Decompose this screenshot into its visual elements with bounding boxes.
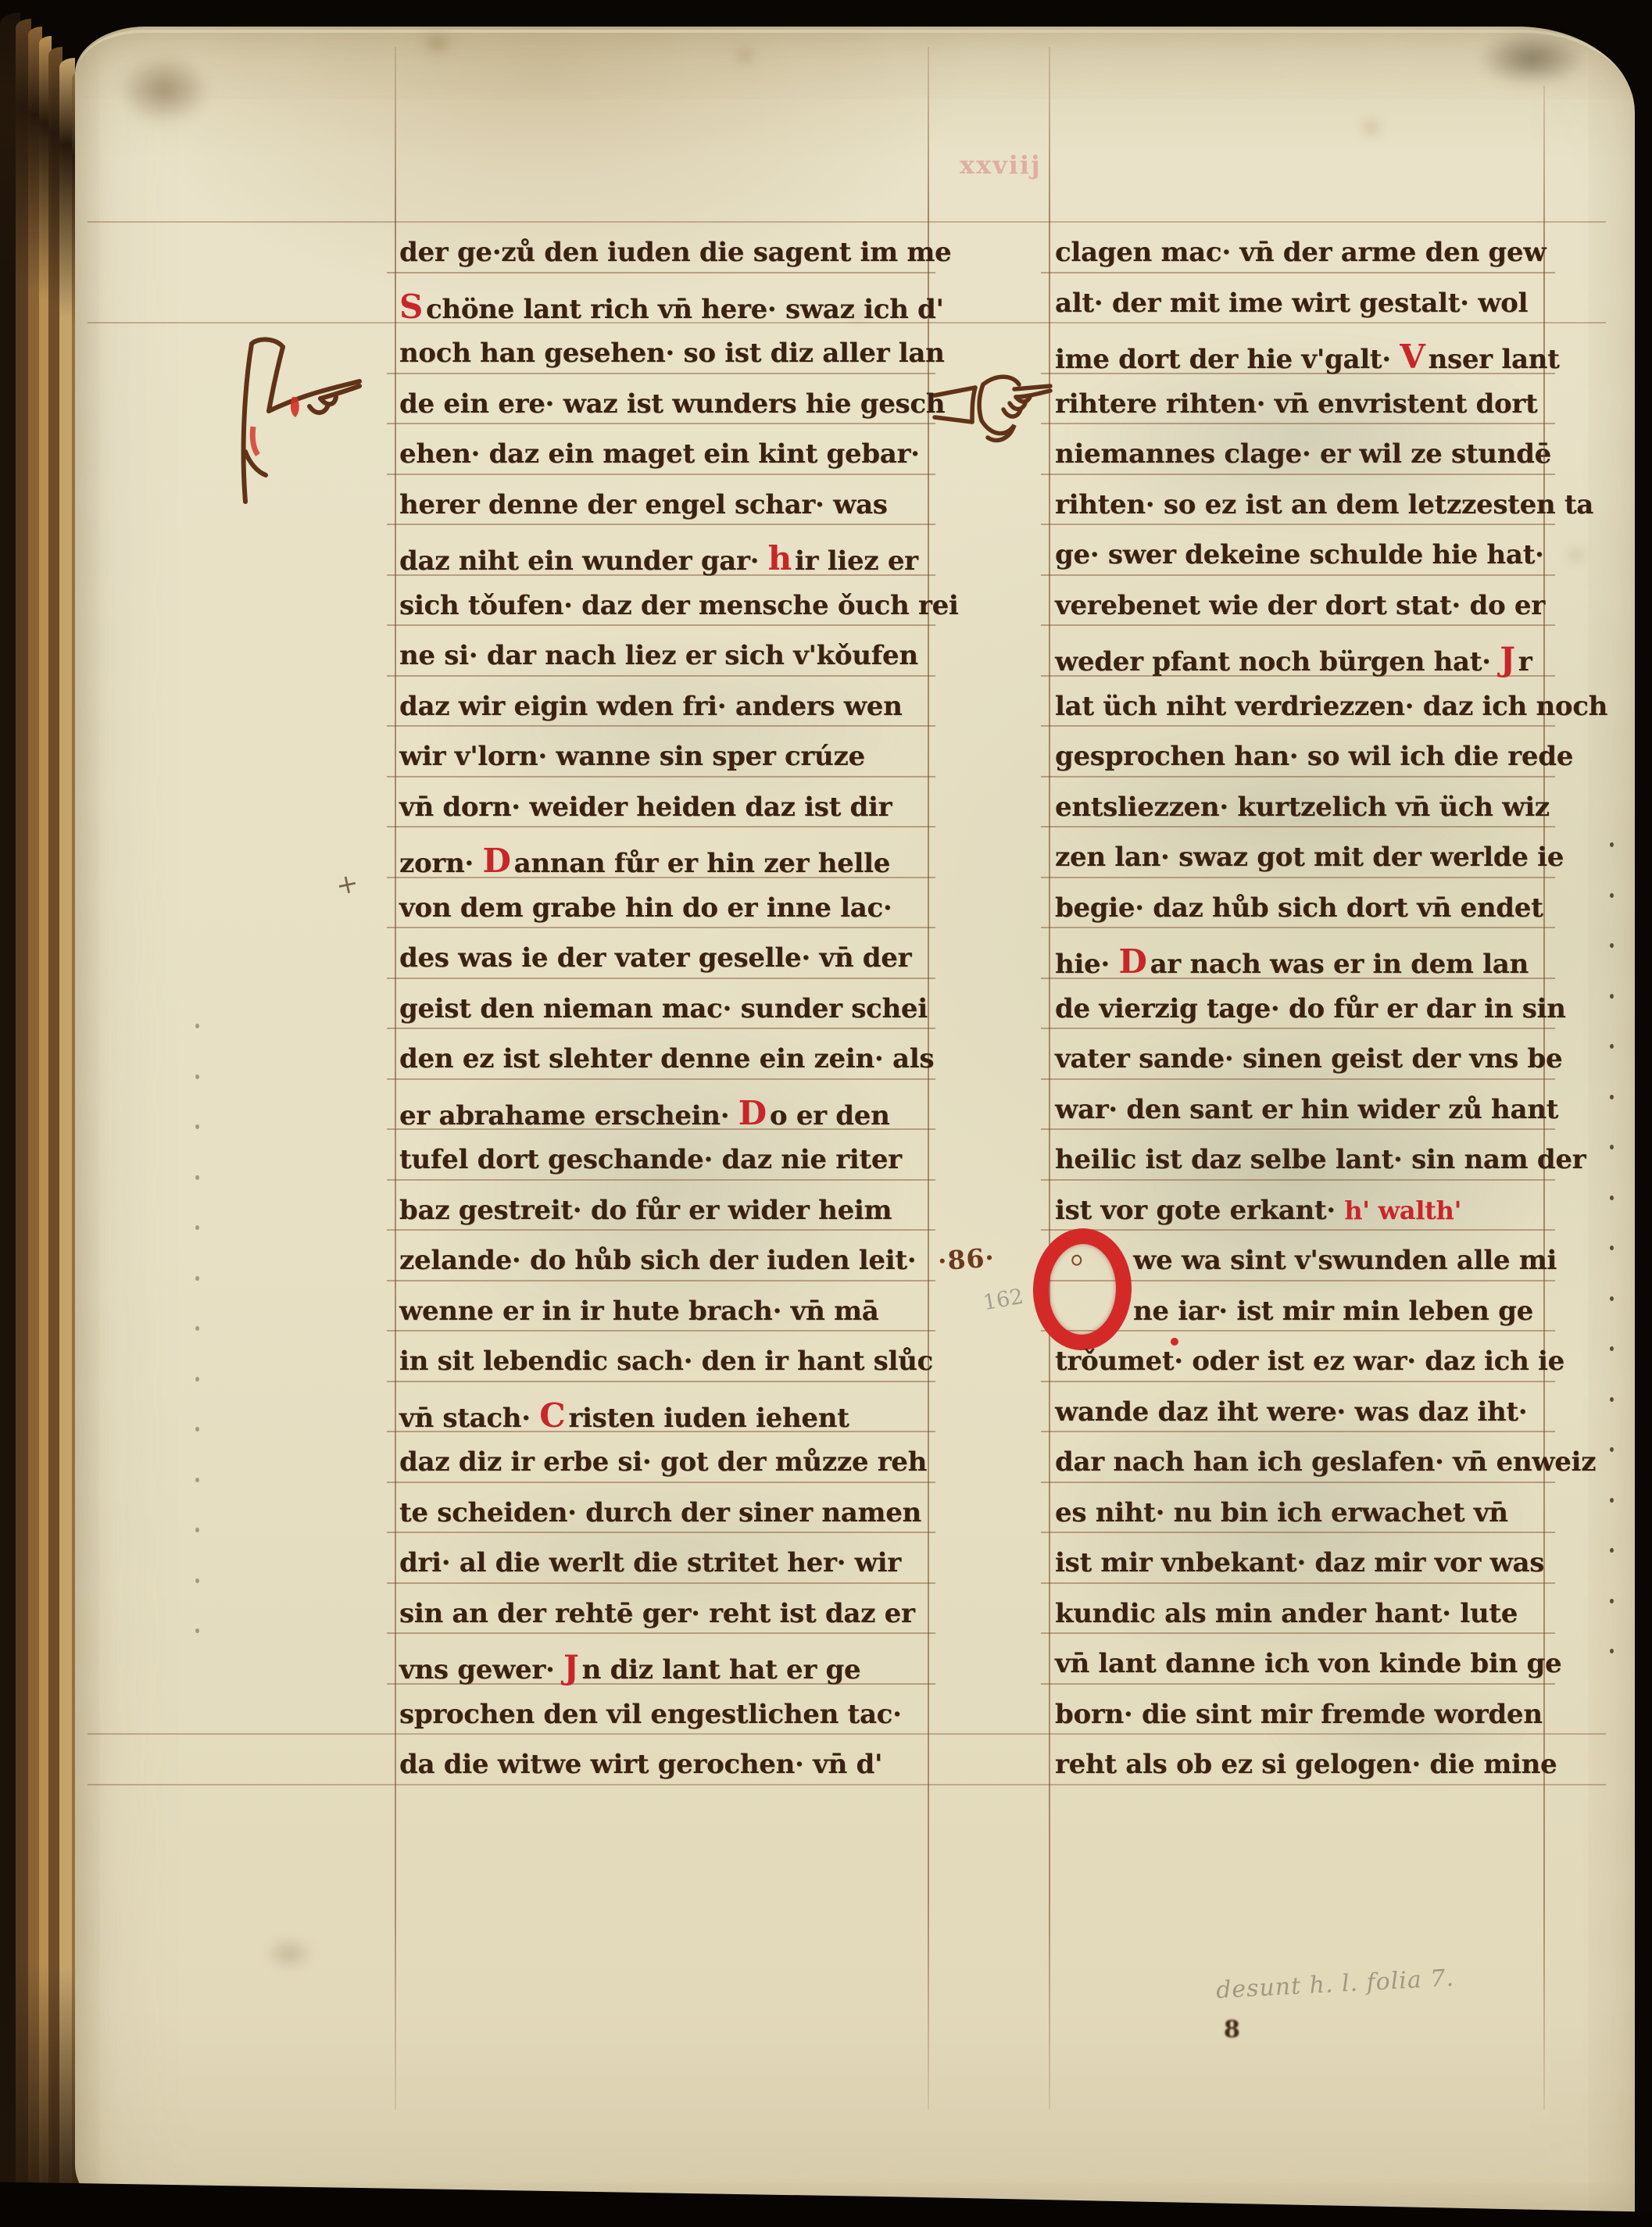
text-segment: de ein ere· waz ist wunders hie gesch [399,388,945,420]
text-line: gesprochen han· so wil ich die rede [1055,741,1573,772]
text-segment: vn̄ dorn· weider heiden daz ist dir [399,792,892,823]
red-initial: V [1400,338,1428,376]
text-line: wande daz iht were· was daz iht· [1055,1396,1527,1428]
text-segment: ehen· daz ein maget ein kint gebar· [399,438,920,470]
text-segment: des was ie der vater geselle· vn̄ der [399,942,911,974]
text-line: geist den nieman mac· sunder schei [399,993,928,1024]
horizontal-rule [387,1381,935,1382]
horizontal-rule [1041,423,1555,424]
horizontal-rule [1041,1078,1555,1080]
horizontal-rule [387,423,935,424]
ink-blot: 8 [1224,2016,1240,2043]
prick-mark [1610,1397,1614,1402]
text-line: von dem grabe hin do er inne lac· [399,892,892,924]
prick-mark [1610,893,1614,898]
horizontal-rule [387,1632,935,1634]
stain [266,1938,313,1969]
text-segment: wenne er in ir hute brach· vn̄ mā [399,1296,878,1327]
text-segment: dri· al die werlt die stritet her· wir [399,1547,901,1578]
red-initial: J [563,1648,582,1686]
text-line: born· die sint mir fremde worden [1055,1699,1543,1730]
text-line: dar nach han ich geslafen· vn̄ enweiz [1055,1446,1596,1478]
stain [117,55,211,125]
text-line: vn̄ lant danne ich von kinde bin ge [1055,1648,1561,1679]
horizontal-rule [88,1784,1606,1786]
horizontal-rule [387,675,935,677]
text-line: verebenet wie der dort stat· do er [1055,590,1545,621]
horizontal-rule [1041,826,1555,828]
text-line: kundic als min ander hant· lute [1055,1598,1518,1629]
horizontal-rule [1041,1482,1555,1483]
text-line: begie· daz hůb sich dort vn̄ endet [1055,892,1543,924]
text-segment: baz gestreit· do fůr er wider heim [399,1195,892,1226]
text-segment: da die witwe wirt gerochen· vn̄ d' [399,1749,882,1780]
horizontal-rule [1041,624,1555,626]
text-segment: vn̄ stach· [399,1403,539,1434]
stain [735,47,755,64]
text-segment: entsliezzen· kurtzelich vn̄ üch wiz [1055,792,1550,823]
prick-mark [1610,842,1614,847]
initial-O-dot [1171,1338,1178,1346]
horizontal-rule [387,826,935,828]
text-segment: vater sande· sinen geist der vns be [1055,1043,1562,1074]
text-segment: ir liez er [795,545,918,577]
rubric-attribution: h' walth' [1344,1196,1461,1225]
text-segment: ar nach was er in dem lan [1150,949,1529,980]
horizontal-rule [387,776,935,777]
text-line: trǒumet· oder ist ez war· daz ich ie [1055,1346,1564,1377]
prick-mark [195,1276,199,1281]
horizontal-rule [1041,1381,1555,1382]
prick-mark [195,1628,199,1633]
text-line: ne iar· ist mir min leben ge [1133,1296,1533,1327]
text-line: wir v'lorn· wanne sin sper crúze [399,741,865,772]
prick-mark [1610,1447,1614,1452]
prick-mark [195,1377,199,1382]
text-segment: herer denne der engel schar· was [399,489,888,520]
text-segment: von dem grabe hin do er inne lac· [399,892,892,924]
text-line: da die witwe wirt gerochen· vn̄ d' [399,1749,882,1780]
text-segment: n diz lant hat er ge [582,1654,861,1685]
text-segment: o er den [770,1100,890,1131]
prick-mark [1610,1095,1614,1099]
text-segment: tufel dort geschande· daz nie riter [399,1144,902,1175]
folio-number: ·86· [937,1242,996,1277]
prick-mark [195,1225,199,1230]
text-line: clagen mac· vn̄ der arme den gew [1055,237,1546,268]
text-segment: ne si· dar nach liez er sich v'kǒufen [399,640,918,671]
horizontal-rule [1041,1683,1555,1685]
text-line: ne si· dar nach liez er sich v'kǒufen [399,640,918,671]
prick-mark [195,1427,199,1432]
horizontal-rule [387,1028,935,1029]
text-segment: r [1518,646,1532,677]
text-segment: chöne lant rich vn̄ here· swaz ich d' [426,294,944,325]
text-line: des was ie der vater geselle· vn̄ der [399,942,911,974]
text-segment: kundic als min ander hant· lute [1055,1598,1518,1629]
text-line: weder pfant noch bürgen hat· Jr [1055,640,1532,678]
text-line: sin an der rehtē ger· reht ist daz er [399,1598,915,1629]
text-segment: daz diz ir erbe si· got der můzze reh [399,1446,927,1478]
horizontal-rule [1041,1128,1555,1130]
text-line: reht als ob ez si gelogen· die mine [1055,1749,1557,1780]
text-line: entsliezzen· kurtzelich vn̄ üch wiz [1055,792,1550,823]
text-line: we wa sint v'swunden alle mi [1133,1245,1557,1276]
text-line: dri· al die werlt die stritet her· wir [399,1547,901,1578]
text-segment: we wa sint v'swunden alle mi [1133,1245,1557,1276]
text-line: daz wir eigin wden fri· anders wen [399,691,903,722]
text-segment: daz niht ein wunder gar· [399,545,768,577]
text-line: hie· Dar nach was er in dem lan [1055,942,1529,981]
horizontal-rule [387,1582,935,1584]
text-line: zorn· Dannan fůr er hin zer helle [399,842,890,880]
prick-mark [1610,1599,1614,1603]
horizontal-rule [1041,1632,1555,1634]
prick-mark [195,1478,199,1482]
text-segment: zelande· do hůb sich der iuden leit· [399,1245,916,1276]
text-segment: gesprochen han· so wil ich die rede [1055,741,1573,772]
horizontal-rule [1041,1431,1555,1432]
text-segment: dar nach han ich geslafen· vn̄ enweiz [1055,1446,1596,1478]
text-line: daz niht ein wunder gar· hir liez er [399,539,918,577]
text-line: zen lan· swaz got mit der werlde ie [1055,842,1564,873]
prick-mark [1610,1296,1614,1301]
text-line: in sit lebendic sach· den ir hant slůc [399,1346,933,1377]
text-line: wenne er in ir hute brach· vn̄ mā [399,1296,878,1327]
prick-mark [195,1528,199,1532]
text-segment: heilic ist daz selbe lant· sin nam der [1055,1144,1586,1175]
stain [1477,31,1586,86]
text-line: ist mir vnbekant· daz mir vor was [1055,1547,1544,1578]
text-line: baz gestreit· do fůr er wider heim [399,1195,892,1226]
horizontal-rule [1041,574,1555,576]
text-line: vn̄ dorn· weider heiden daz ist dir [399,792,892,823]
horizontal-rule [1041,1532,1555,1533]
text-segment: ne iar· ist mir min leben ge [1133,1296,1533,1327]
text-segment: wir v'lorn· wanne sin sper crúze [399,741,865,772]
horizontal-rule [1041,1229,1555,1231]
text-segment: in sit lebendic sach· den ir hant slůc [399,1346,933,1377]
prick-mark [195,1124,199,1129]
text-segment: alt· der mit ime wirt gestalt· wol [1055,288,1528,319]
text-segment: daz wir eigin wden fri· anders wen [399,691,903,722]
prick-mark [1610,1246,1614,1250]
text-line: ge· swer dekeine schulde hie hat· [1055,539,1544,570]
text-segment: verebenet wie der dort stat· do er [1055,590,1545,621]
text-segment: rihtere rihten· vn̄ envristent dort [1055,388,1537,420]
horizontal-rule [387,474,935,475]
text-segment: war· den sant er hin wider zů hant [1055,1094,1558,1125]
horizontal-rule [1041,1028,1555,1029]
text-segment: te scheiden· durch der siner namen [399,1497,921,1528]
text-segment: de vierzig tage· do fůr er dar in sin [1055,993,1566,1024]
text-segment: begie· daz hůb sich dort vn̄ endet [1055,892,1543,924]
text-line: tufel dort geschande· daz nie riter [399,1144,902,1175]
text-segment: weder pfant noch bürgen hat· [1055,646,1500,677]
guide-letter-dot [1071,1255,1082,1266]
horizontal-rule [387,725,935,727]
prick-mark [1610,1548,1614,1553]
text-segment: noch han gesehen· so ist diz aller lan [399,338,945,369]
red-initial: D [738,1094,770,1132]
stain [1360,117,1383,138]
text-line: de ein ere· waz ist wunders hie gesch [399,388,945,420]
text-line: vns gewer· Jn diz lant hat er ge [399,1648,860,1686]
top-folio-numeral: xxviij [960,150,1042,180]
text-line: der ge·zů den iuden die sagent im me [399,237,951,268]
text-line: ist vor gote erkant· h' walth' [1055,1195,1461,1226]
prick-mark [1610,1649,1614,1653]
horizontal-rule [88,1733,1606,1735]
text-line: er abrahame erschein· Do er den [399,1094,890,1132]
text-segment: nser lant [1429,344,1560,375]
horizontal-rule [387,927,935,928]
text-segment: geist den nieman mac· sunder schei [399,993,928,1024]
text-line: den ez ist slehter denne ein zein· als [399,1043,934,1074]
text-line: ehen· daz ein maget ein kint gebar· [399,438,920,470]
text-segment: reht als ob ez si gelogen· die mine [1055,1749,1557,1780]
horizontal-rule [1041,776,1555,777]
horizontal-rule [387,1078,935,1080]
stain [422,31,453,55]
text-line: noch han gesehen· so ist diz aller lan [399,338,945,369]
red-initial: h [768,539,795,577]
manicula-icon [931,364,1057,450]
text-line: sich tǒufen· daz der mensche ǒuch rei [399,590,959,621]
text-line: ime dort der hie v'galt· Vnser lant [1055,338,1560,376]
horizontal-rule [1041,524,1555,525]
text-segment: sich tǒufen· daz der mensche ǒuch rei [399,590,959,621]
horizontal-rule [387,272,935,273]
text-segment: annan fůr er hin zer helle [514,848,890,879]
text-line: lat üch niht verdriezzen· daz ich noch [1055,691,1607,722]
prick-mark [195,1175,199,1180]
horizontal-rule [387,1229,935,1231]
horizontal-rule [387,1330,935,1332]
text-segment: wande daz iht were· was daz iht· [1055,1396,1527,1428]
text-segment: vn̄ lant danne ich von kinde bin ge [1055,1648,1561,1679]
prick-mark [1610,1145,1614,1149]
text-line: vater sande· sinen geist der vns be [1055,1043,1562,1074]
stain [1567,547,1586,563]
horizontal-rule [1041,474,1555,475]
text-segment: sprochen den vil engestlichen tac· [399,1699,902,1730]
horizontal-rule [1041,1582,1555,1584]
horizontal-rule [387,524,935,525]
text-segment: sin an der rehtē ger· reht ist daz er [399,1598,915,1629]
horizontal-rule [1041,1179,1555,1181]
prick-mark [1610,1044,1614,1049]
horizontal-rule [387,1280,935,1282]
text-line: alt· der mit ime wirt gestalt· wol [1055,288,1528,319]
text-line: rihtere rihten· vn̄ envristent dort [1055,388,1537,420]
text-line: te scheiden· durch der siner namen [399,1497,921,1528]
text-segment: den ez ist slehter denne ein zein· als [399,1043,934,1074]
horizontal-rule [1041,725,1555,727]
red-initial: S [399,288,426,326]
red-initial: D [483,842,514,880]
prick-mark [1610,1196,1614,1200]
text-segment: ist vor gote erkant· [1055,1195,1344,1226]
text-line: heilic ist daz selbe lant· sin nam der [1055,1144,1586,1175]
text-line: vn̄ stach· Cristen iuden iehent [399,1396,849,1435]
red-initial: D [1118,942,1150,981]
text-segment: niemannes clage· er wil ze stundē [1055,438,1551,470]
text-segment: es niht· nu bin ich erwachet vn̄ [1055,1497,1508,1528]
text-line: war· den sant er hin wider zů hant [1055,1094,1558,1125]
text-segment: vns gewer· [399,1654,563,1685]
text-line: de vierzig tage· do fůr er dar in sin [1055,993,1566,1024]
horizontal-rule [1041,927,1555,928]
prick-mark [1610,943,1614,948]
text-line: es niht· nu bin ich erwachet vn̄ [1055,1497,1508,1528]
text-line: herer denne der engel schar· was [399,489,888,520]
horizontal-rule [387,373,935,374]
red-initial: J [1500,640,1518,678]
text-segment: der ge·zů den iuden die sagent im me [399,237,951,268]
text-segment: ge· swer dekeine schulde hie hat· [1055,539,1544,570]
text-segment: ist mir vnbekant· daz mir vor was [1055,1547,1544,1578]
text-line: zelande· do hůb sich der iuden leit· [399,1245,916,1276]
text-segment: lat üch niht verdriezzen· daz ich noch [1055,691,1607,722]
prick-mark [1610,1346,1614,1351]
prick-mark [195,1024,199,1028]
horizontal-rule [387,1532,935,1533]
manicula-icon [217,334,366,514]
text-segment: hie· [1055,949,1118,980]
text-segment: trǒumet· oder ist ez war· daz ich ie [1055,1346,1564,1377]
prick-mark [195,1578,199,1583]
text-segment: born· die sint mir fremde worden [1055,1699,1543,1730]
text-line: Schöne lant rich vn̄ here· swaz ich d' [399,288,944,326]
horizontal-rule [387,1179,935,1181]
text-segment: ime dort der hie v'galt· [1055,344,1400,375]
text-segment: zen lan· swaz got mit der werlde ie [1055,842,1564,873]
horizontal-rule [1041,877,1555,878]
horizontal-rule [387,624,935,626]
red-initial: C [539,1396,568,1435]
page-top-edge-highlight [78,30,1632,103]
text-segment: er abrahame erschein· [399,1100,738,1131]
horizontal-rule [387,1482,935,1483]
text-segment: zorn· [399,848,483,879]
horizontal-rule [387,978,935,979]
text-line: sprochen den vil engestlichen tac· [399,1699,902,1730]
text-line: daz diz ir erbe si· got der můzze reh [399,1446,927,1478]
text-segment: clagen mac· vn̄ der arme den gew [1055,237,1546,268]
text-line: niemannes clage· er wil ze stundē [1055,438,1551,470]
prick-mark [195,1074,199,1079]
text-line: rihten· so ez ist an dem letzzesten ta [1055,489,1593,520]
prick-mark [1610,1498,1614,1503]
text-segment: rihten· so ez ist an dem letzzesten ta [1055,489,1593,520]
horizontal-rule [1041,272,1555,273]
manuscript-photo: xxviij [0,0,1652,2227]
horizontal-rule [88,221,1606,223]
prick-mark [195,1326,199,1331]
prick-mark [1610,994,1614,999]
text-segment: risten iuden iehent [568,1403,849,1434]
